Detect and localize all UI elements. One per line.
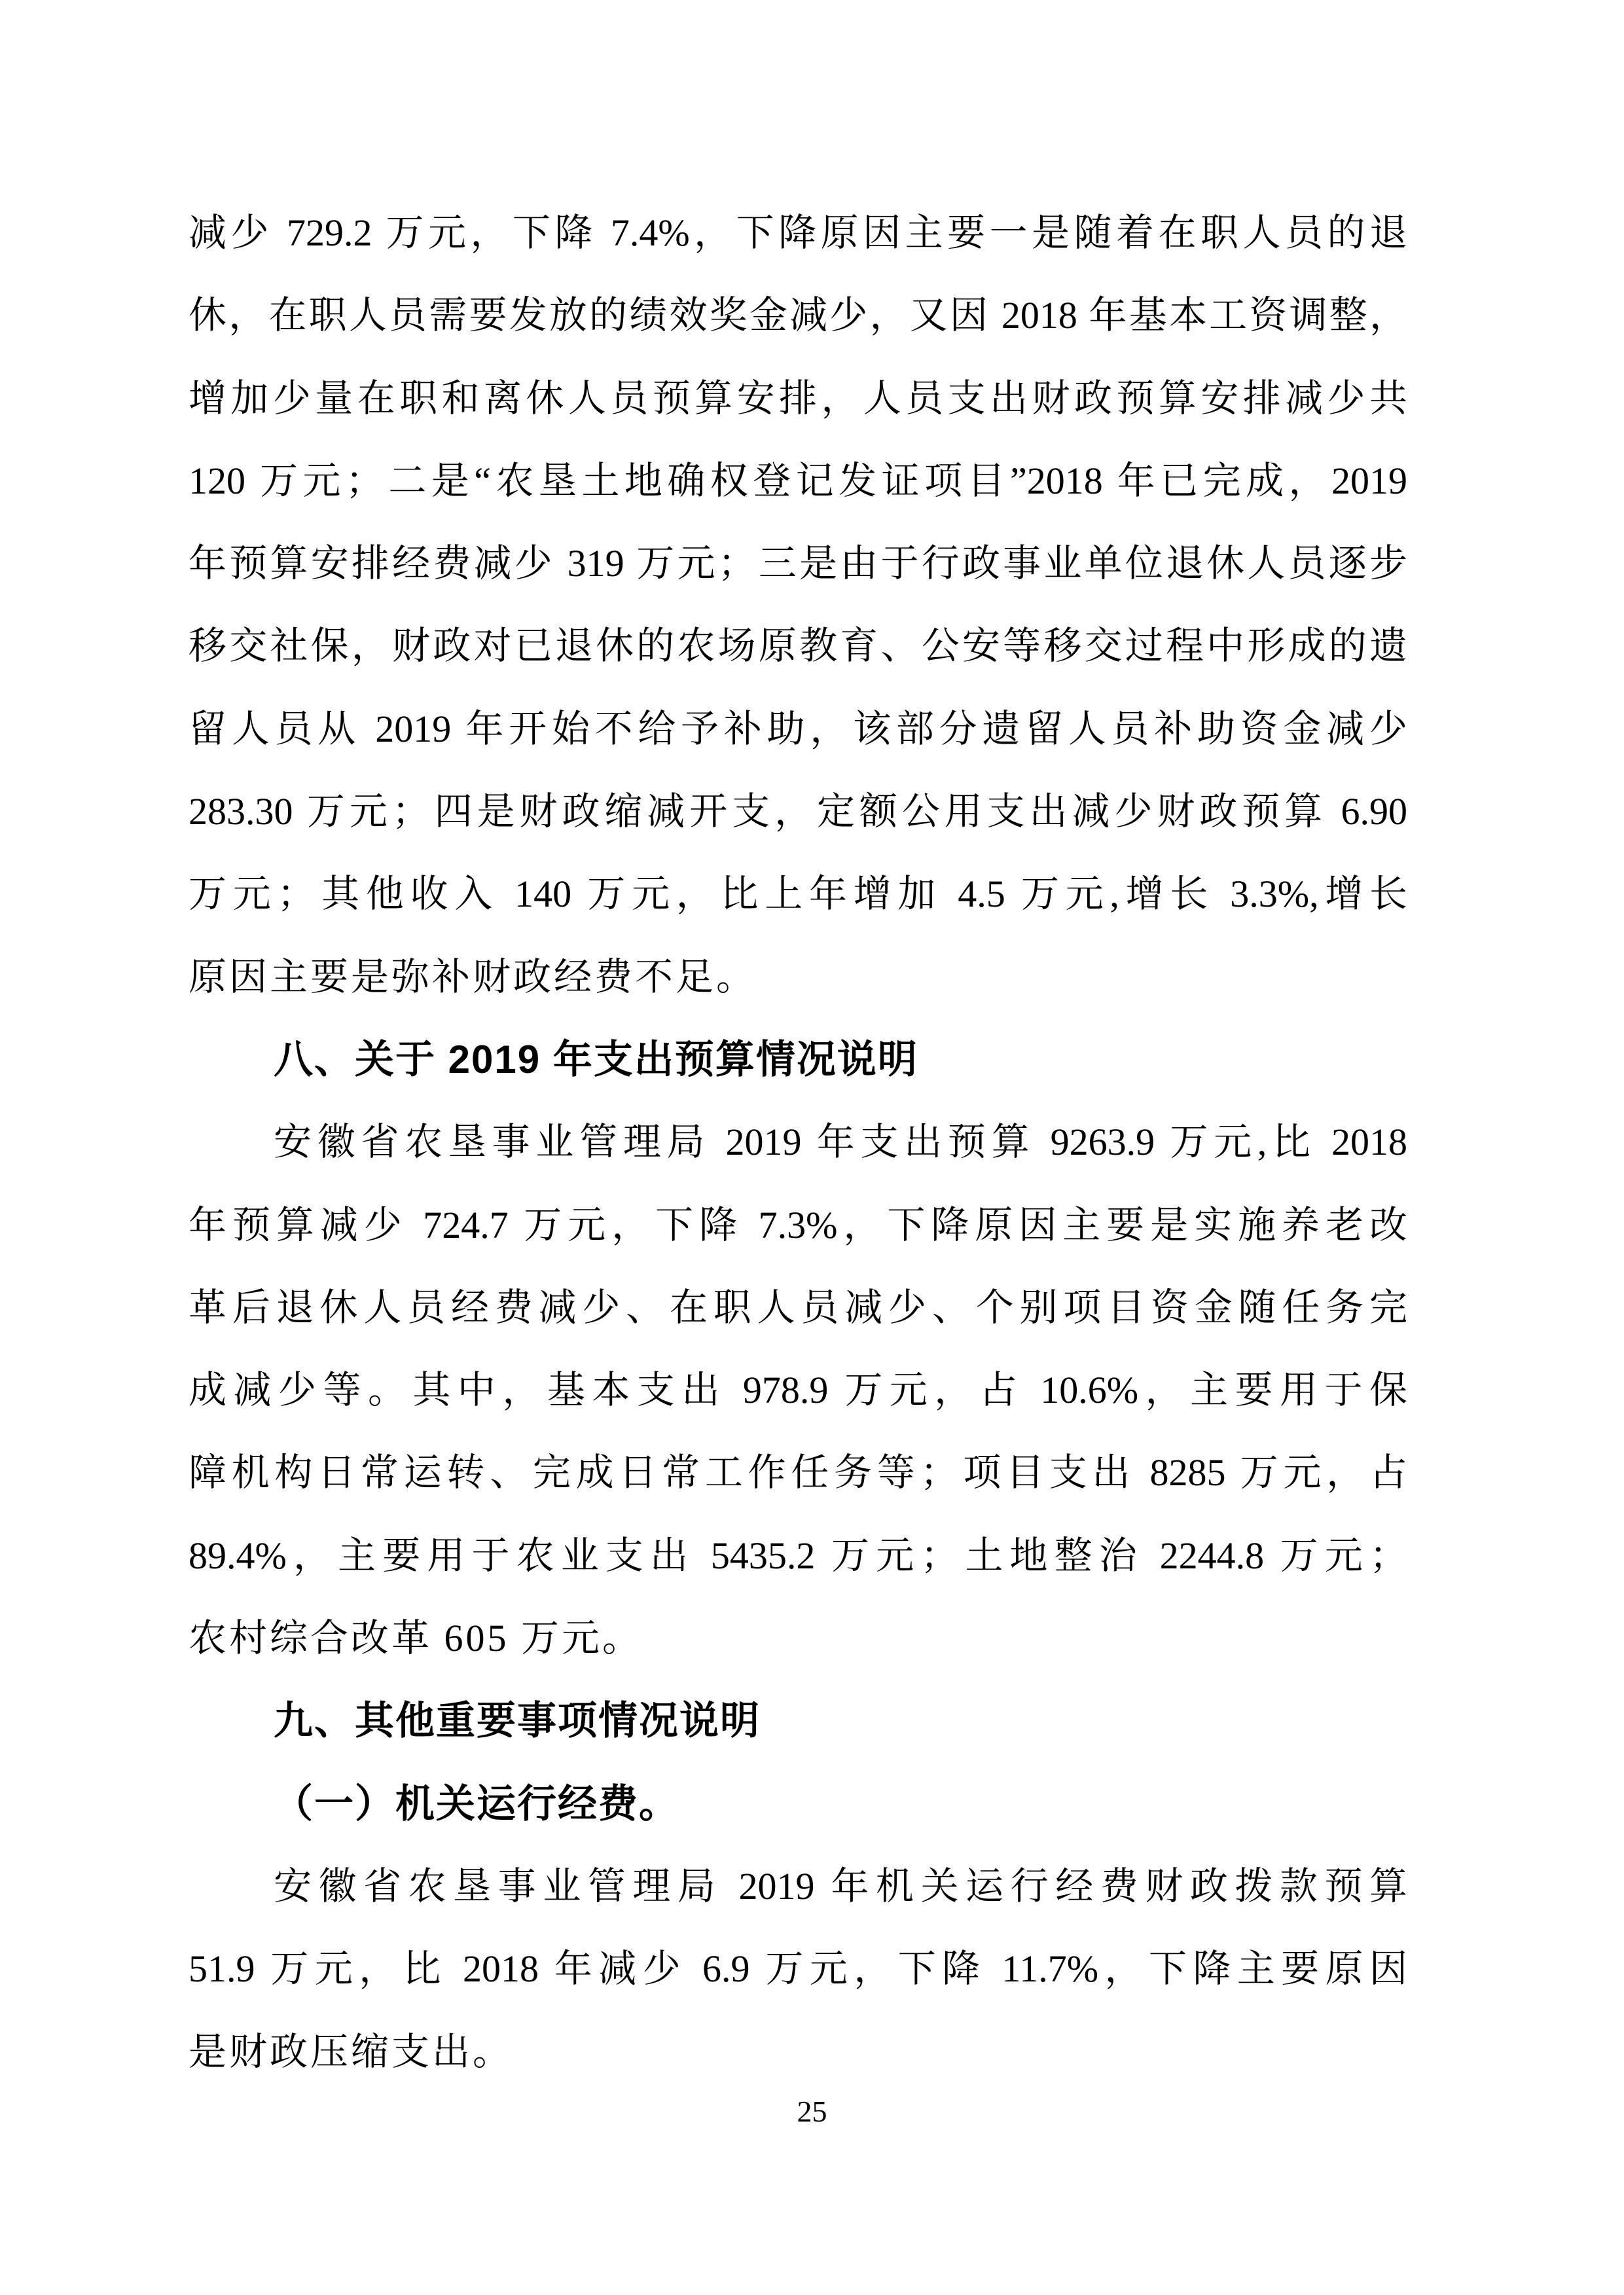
subsection-heading-operating-funds: （一）机关运行经费。 (189, 1763, 1407, 1845)
text-line: 休，在职人员需要发放的绩效奖金减少，又因 2018 年基本工资调整， (189, 274, 1407, 357)
text-line: 89.4%，主要用于农业支出 5435.2 万元；土地整治 2244.8 万元； (189, 1515, 1407, 1597)
section-heading-other-matters: 九、其他重要事项情况说明 (189, 1680, 1407, 1762)
text-line: 留人员从 2019 年开始不给予补助，该部分遗留人员补助资金减少 (189, 688, 1407, 770)
body-text: 减少 729.2 万元，下降 7.4%，下降原因主要一是随着在职人员的退 休，在… (189, 192, 1407, 2093)
document-page: { "colors": { "background": "#ffffff", "… (0, 0, 1624, 2295)
text-line: 增加少量在职和离休人员预算安排，人员支出财政预算安排减少共 (189, 357, 1407, 440)
text-line: 年预算安排经费减少 319 万元；三是由于行政事业单位退休人员逐步 (189, 522, 1407, 605)
text-line: 是财政压缩支出。 (189, 2011, 1407, 2093)
text-line: 移交社保，财政对已退休的农场原教育、公安等移交过程中形成的遗 (189, 605, 1407, 687)
page-number: 25 (0, 2092, 1624, 2131)
text-line: 原因主要是弥补财政经费不足。 (189, 936, 1407, 1019)
paragraph-revenue-decrease: 减少 729.2 万元，下降 7.4%，下降原因主要一是随着在职人员的退 休，在… (189, 192, 1407, 1019)
text-line: 革后退休人员经费减少、在职人员减少、个别项目资金随任务完 (189, 1267, 1407, 1349)
section-heading-expenditure-budget: 八、关于 2019 年支出预算情况说明 (189, 1019, 1407, 1101)
text-line: 减少 729.2 万元，下降 7.4%，下降原因主要一是随着在职人员的退 (189, 192, 1407, 274)
text-line: 障机构日常运转、完成日常工作任务等；项目支出 8285 万元，占 (189, 1432, 1407, 1514)
text-line: 安徽省农垦事业管理局 2019 年支出预算 9263.9 万元,比 2018 (189, 1101, 1407, 1184)
paragraph-operating-funds: 安徽省农垦事业管理局 2019 年机关运行经费财政拨款预算 51.9 万元，比 … (189, 1845, 1407, 2093)
text-line: 120 万元；二是“农垦土地确权登记发证项目”2018 年已完成，2019 (189, 440, 1407, 522)
text-line: 农村综合改革 605 万元。 (189, 1597, 1407, 1680)
text-line: 年预算减少 724.7 万元，下降 7.3%，下降原因主要是实施养老改 (189, 1184, 1407, 1267)
text-line: 万元；其他收入 140 万元，比上年增加 4.5 万元,增长 3.3%,增长 (189, 853, 1407, 935)
text-line: 成减少等。其中，基本支出 978.9 万元，占 10.6%，主要用于保 (189, 1349, 1407, 1432)
text-line: 283.30 万元；四是财政缩减开支，定额公用支出减少财政预算 6.90 (189, 770, 1407, 853)
paragraph-expenditure-budget: 安徽省农垦事业管理局 2019 年支出预算 9263.9 万元,比 2018 年… (189, 1101, 1407, 1680)
text-line: 安徽省农垦事业管理局 2019 年机关运行经费财政拨款预算 (189, 1845, 1407, 1928)
text-line: 51.9 万元，比 2018 年减少 6.9 万元，下降 11.7%，下降主要原… (189, 1928, 1407, 2010)
